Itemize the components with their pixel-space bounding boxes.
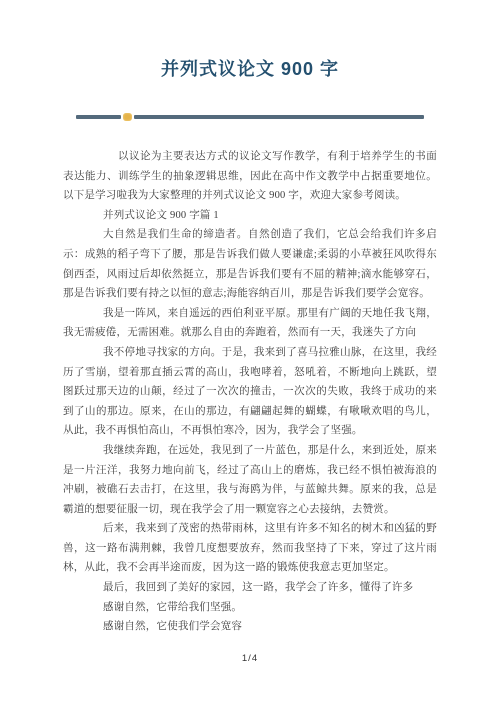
paragraph: 大自然是我们生命的缔造者。自然创造了我们，它总会给我们许多启示：成熟的稻子弯下了… xyxy=(63,225,437,303)
divider-line-left xyxy=(76,115,121,119)
paragraph: 感谢自然，它带给我们坚强。 xyxy=(63,598,437,618)
paragraph: 我不停地寻找家的方向。于是，我来到了喜马拉雅山脉，在这里，我经历了雪崩，望着那直… xyxy=(63,343,437,441)
divider-line-right xyxy=(134,115,424,119)
document-page: 并列式议论文 900 字 以议论为主要表达方式的议论文写作教学，有利于培养学生的… xyxy=(0,0,500,707)
section-heading: 并列式议论文 900 字篇 1 xyxy=(63,206,437,226)
document-body: 以议论为主要表达方式的议论文写作教学，有利于培养学生的书面表达能力、训练学生的抽… xyxy=(63,147,437,637)
page-number: 1/4 xyxy=(0,653,500,664)
paragraph: 后来，我来到了茂密的热带雨林，这里有许多不知名的树木和凶猛的野兽，这一路布满荆棘… xyxy=(63,519,437,578)
paragraph: 最后，我回到了美好的家园，这一路，我学会了许多，懂得了许多 xyxy=(63,578,437,598)
intro-paragraph: 以议论为主要表达方式的议论文写作教学，有利于培养学生的书面表达能力、训练学生的抽… xyxy=(63,147,437,206)
paragraph: 感谢自然，它使我们学会宽容 xyxy=(63,617,437,637)
paragraph: 我是一阵风，来自遥远的西伯利亚平原。那里有广阔的天地任我飞翔，我无需疲倦，无需困… xyxy=(63,304,437,343)
document-title: 并列式议论文 900 字 xyxy=(0,56,500,82)
paragraph: 我继续奔跑，在远处，我见到了一片蓝色，那是什么，来到近处，原来是一片汪洋，我努力… xyxy=(63,441,437,519)
title-divider xyxy=(76,112,424,121)
divider-accent-dot xyxy=(123,113,132,121)
